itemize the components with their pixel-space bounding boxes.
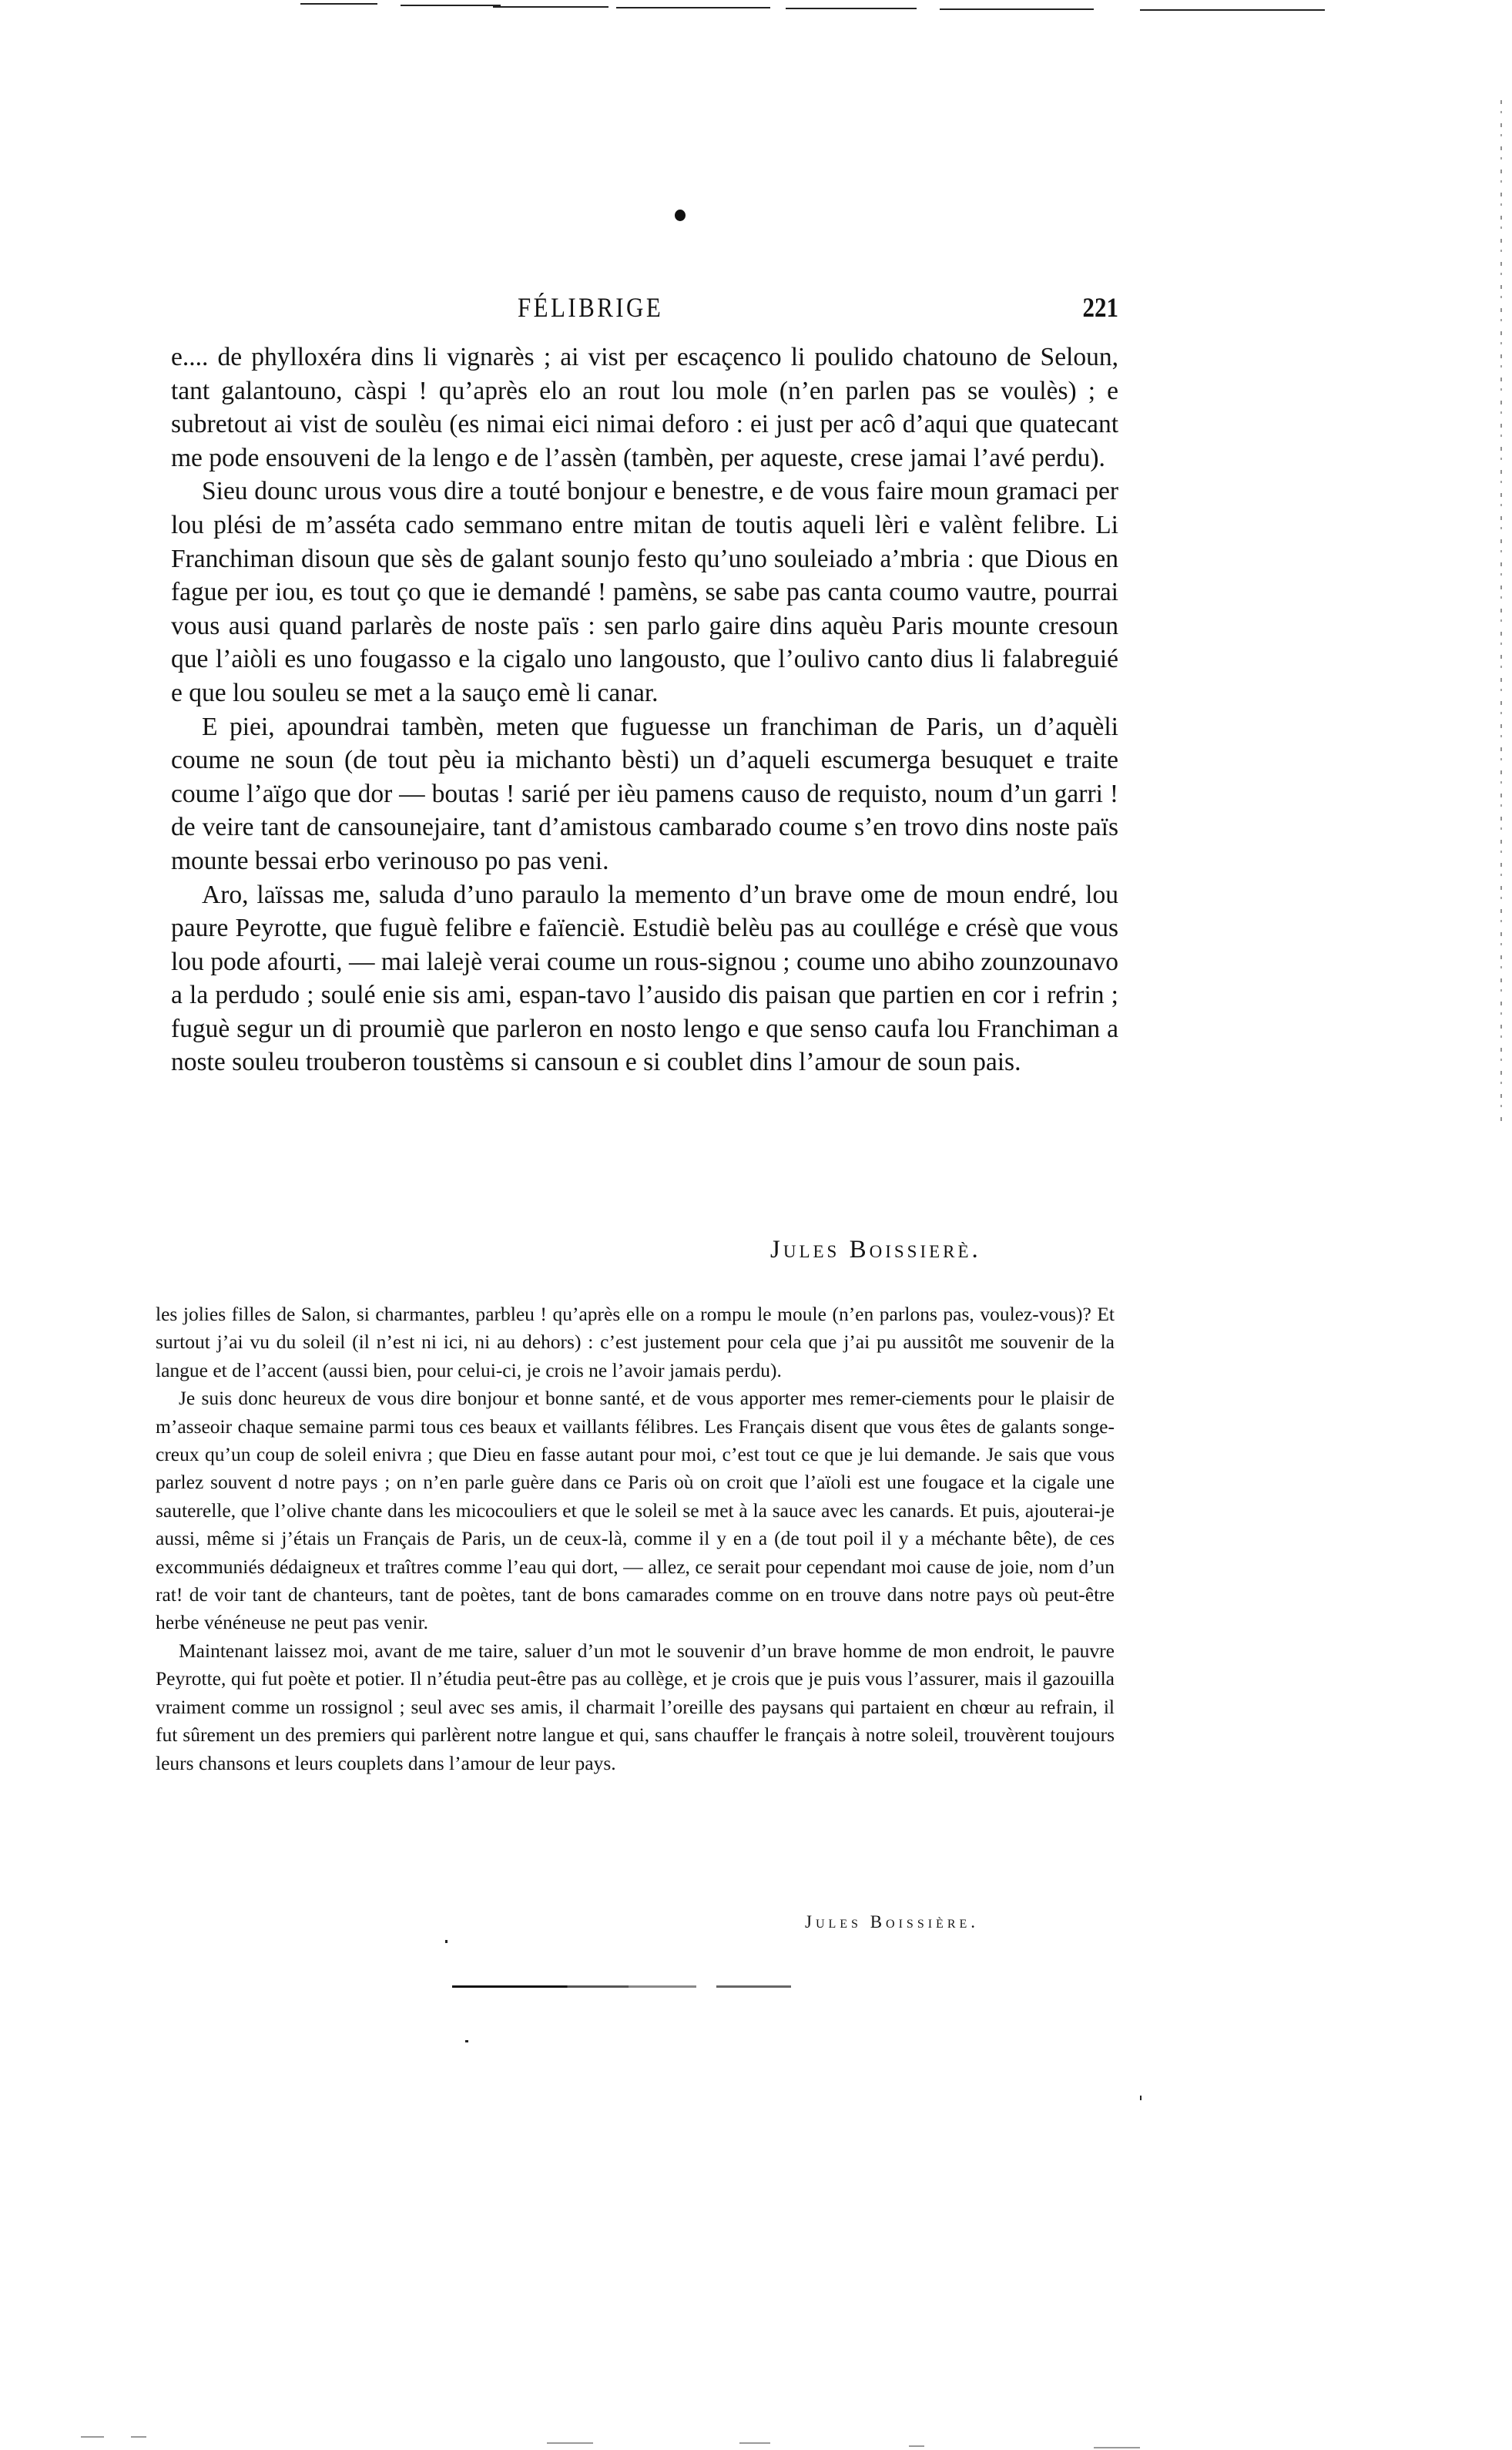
footnote-paragraph: Je suis donc heureux de vous dire bonjou…: [156, 1384, 1115, 1637]
scan-edge-top: [0, 0, 1512, 11]
stray-mark: [465, 2040, 468, 2042]
main-paragraph: e.... de phylloxéra dins li vignarès ; a…: [171, 341, 1118, 475]
end-rule-divider: [452, 1985, 791, 1988]
main-paragraph: Sieu dounc urous vous dire a touté bonjo…: [171, 475, 1118, 710]
page-number: 221: [1083, 291, 1118, 324]
footnote-signature: Jules Boissière.: [805, 1912, 979, 1932]
scan-edge-right: [1500, 100, 1502, 1125]
main-paragraph: E piei, apoundrai tambèn, meten que fugu…: [171, 710, 1118, 878]
translation-footnote: les jolies filles de Salon, si charmante…: [156, 1301, 1115, 1777]
footnote-paragraph: les jolies filles de Salon, si charmante…: [156, 1301, 1115, 1384]
running-head: FÉLIBRIGE 221: [171, 291, 1118, 330]
stray-mark: [445, 1940, 448, 1943]
author-signature: Jules Boissierè.: [770, 1236, 981, 1264]
running-title: FÉLIBRIGE: [518, 291, 663, 324]
main-paragraph: Aro, laïssas me, saluda d’uno paraulo la…: [171, 878, 1118, 1080]
main-text: e.... de phylloxéra dins li vignarès ; a…: [171, 341, 1118, 1079]
ornament-dot: [675, 210, 686, 221]
stray-mark: [1140, 2096, 1142, 2100]
footnote-paragraph: Maintenant laissez moi, avant de me tair…: [156, 1637, 1115, 1777]
scan-edge-bottom: [0, 2427, 1512, 2450]
